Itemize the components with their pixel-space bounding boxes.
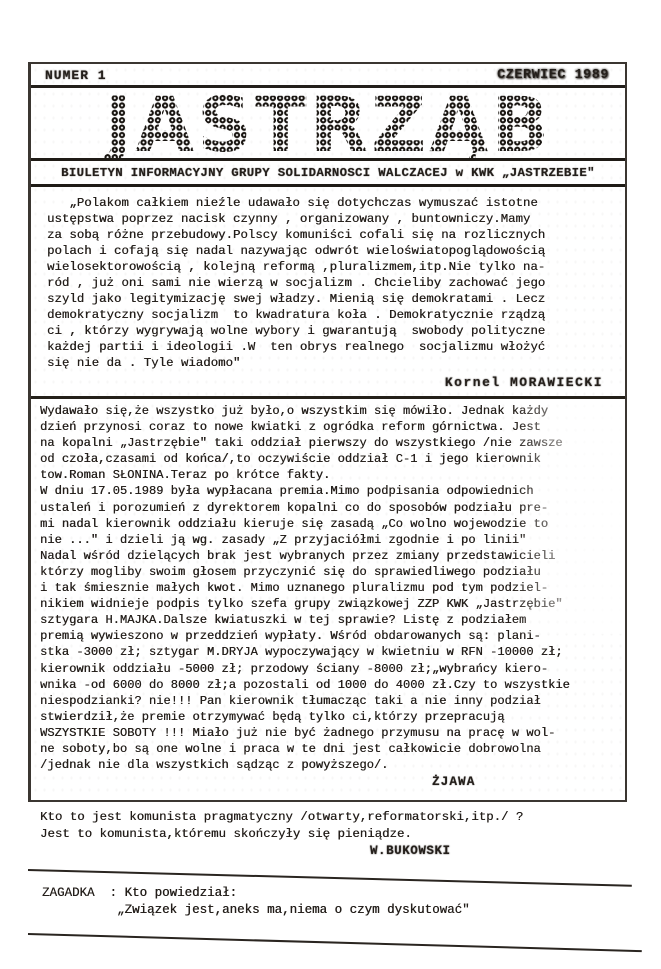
slanted-divider bbox=[28, 933, 642, 952]
quote-signature: Kornel MORAWIECKI bbox=[47, 375, 619, 390]
article-line: dzień przynosi coraz to nowe kwiatki z o… bbox=[40, 419, 623, 435]
article-line: Wydawało się,że wszystko już było,o wszy… bbox=[40, 403, 623, 419]
article-line: W dniu 17.05.1989 była wypłacana premia.… bbox=[40, 483, 623, 499]
article-line: ne soboty,bo są one wolne i praca w te d… bbox=[40, 741, 623, 757]
joke-line: Kto to jest komunista pragmatyczny /otwa… bbox=[40, 809, 636, 826]
quote-line: ci , którzy wygrywają wolne wybory i gwa… bbox=[47, 323, 619, 339]
article-line: stka -3000 zł; sztygar M.DRYJA wypoczywa… bbox=[40, 644, 623, 660]
article-line: /jednak nie dla wszystkich sądząc z powy… bbox=[40, 757, 623, 773]
article-line: niespodzianki? nie!!! Pan kierownik tłum… bbox=[40, 693, 623, 709]
page-sheet: NUMER 1 CZERWIEC 1989 JASTRZĄB BIULETYN … bbox=[28, 62, 627, 802]
quote-line: każdej partii i ideologii .W ten obrys r… bbox=[47, 339, 619, 355]
issue-date: CZERWIEC 1989 bbox=[497, 68, 609, 83]
quote-line: wielosektorowością , kolejną reformą ,pl… bbox=[47, 259, 619, 275]
riddle-line: „Związek jest,aneks ma,niema o czym dysk… bbox=[42, 902, 636, 919]
article-line: WSZYSTKIE SOBOTY !!! Miało już nie być ż… bbox=[40, 725, 623, 741]
article-line: wnika -od 6000 do 8000 zł;a pozostali od… bbox=[40, 677, 623, 693]
article-line: ustaleń i porozumień z dyrektorem kopaln… bbox=[40, 500, 623, 516]
banner-title: BIULETYN INFORMACYJNY GRUPY SOLIDARNOSCI… bbox=[31, 158, 625, 187]
article-signature: ŻJAWA bbox=[432, 774, 623, 789]
article-line: mi nadal kierownik oddziału kieruje się … bbox=[40, 516, 623, 532]
article-line: Nadal wśród dzielących brak jest wybrany… bbox=[40, 548, 623, 564]
quote-line: szyld jako legitymizację swej władzy. Mi… bbox=[47, 291, 619, 307]
article-line: od czoła,czasami od końca/,to oczywiście… bbox=[40, 451, 623, 467]
quote-line: „Polakom całkiem nieźle udawało się doty… bbox=[47, 195, 619, 211]
quote-line: polach i cofają się nadal nazywając odwr… bbox=[47, 243, 619, 259]
article-line: premią wywieszono w przeddzień wypłaty. … bbox=[40, 628, 623, 644]
quote-line: demokratyczny socjalizm to kwadratura ko… bbox=[47, 307, 619, 323]
article-line: na kopalni „Jastrzębie" taki oddział pie… bbox=[40, 435, 623, 451]
article-line: tow.Roman SŁONINA.Teraz po krótce fakty. bbox=[40, 467, 623, 483]
joke-line: Jest to komunista,któremu skończyły się … bbox=[40, 826, 636, 843]
article-line: którzy mogliby swoim głosem przyczynić s… bbox=[40, 564, 623, 580]
quote-line: ród , już oni sami nie wierzą w socjaliz… bbox=[47, 275, 619, 291]
joke-paragraph: Kto to jest komunista pragmatyczny /otwa… bbox=[28, 802, 636, 858]
article-line: nie ..." i dzieli ją wg. zasady „Z przyj… bbox=[40, 532, 623, 548]
article-line: nikiem widnieje podpis tylko szefa grupy… bbox=[40, 596, 623, 612]
bottom-sections: Kto to jest komunista pragmatyczny /otwa… bbox=[28, 802, 636, 935]
quote-line: ustępstwa poprzez nacisk czynny , organi… bbox=[47, 211, 619, 227]
article-paragraph: Wydawało się,że wszystko już było,o wszy… bbox=[31, 399, 625, 791]
quote-paragraph: „Polakom całkiem nieźle udawało się doty… bbox=[31, 187, 625, 396]
issue-header: NUMER 1 CZERWIEC 1989 bbox=[31, 64, 625, 88]
riddle-line: ZAGADKA : Kto powiedział: bbox=[42, 885, 636, 902]
quote-line: się nie da . Tyle wiadomo" bbox=[47, 355, 619, 371]
article-line: stwierdził,że premie otrzymywać będą tyl… bbox=[40, 709, 623, 725]
quote-line: za sobą różne przebudowy.Polscy komuniśc… bbox=[47, 227, 619, 243]
issue-number: NUMER 1 bbox=[45, 68, 107, 83]
scanned-bulletin-page: NUMER 1 CZERWIEC 1989 JASTRZĄB BIULETYN … bbox=[0, 0, 661, 969]
masthead-title: JASTRZĄB bbox=[104, 88, 552, 158]
article-line: kierownik oddziału -5000 zł; przodowy śc… bbox=[40, 661, 623, 677]
article-line: i tak śmiesznie małych kwot. Mimo uznane… bbox=[40, 580, 623, 596]
article-line: sztygara H.MAJKA.Dalsze kwiatuszki w tej… bbox=[40, 612, 623, 628]
joke-signature: W.BUKOWSKI bbox=[370, 844, 636, 858]
masthead: JASTRZĄB bbox=[31, 88, 625, 158]
